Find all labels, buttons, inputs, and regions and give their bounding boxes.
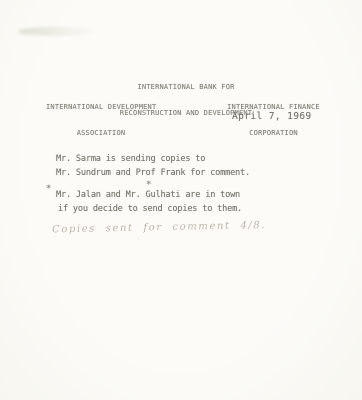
letterhead-ida-line1: INTERNATIONAL DEVELOPMENT [46, 103, 156, 112]
footnote-asterisk-above: * [146, 181, 151, 190]
body-paragraph1-line2: Mr. Sundrum and Prof Frank for comment. [56, 169, 250, 178]
memo-date: April 7, 1969 [232, 112, 312, 122]
body-paragraph2-line1: Mr. Jalan and Mr. Gulhati are in town [56, 191, 240, 200]
footnote-asterisk-left: * [46, 185, 51, 194]
scanned-memo-page: INTERNATIONAL BANK FOR RECONSTRUCTION AN… [0, 0, 362, 400]
letterhead-ifc-line2: CORPORATION [226, 129, 321, 138]
letterhead-ida-title: INTERNATIONAL DEVELOPMENT ASSOCIATION [46, 86, 156, 154]
scan-smudge-artifact [18, 27, 98, 36]
letterhead-ida-line2: ASSOCIATION [46, 129, 156, 138]
handwritten-annotation: Copies sent for comment 4/8. [52, 220, 282, 236]
body-paragraph1-line1: Mr. Sarma is sending copies to [56, 155, 205, 164]
body-paragraph2-line2: if you decide to send copies to them. [58, 205, 242, 214]
